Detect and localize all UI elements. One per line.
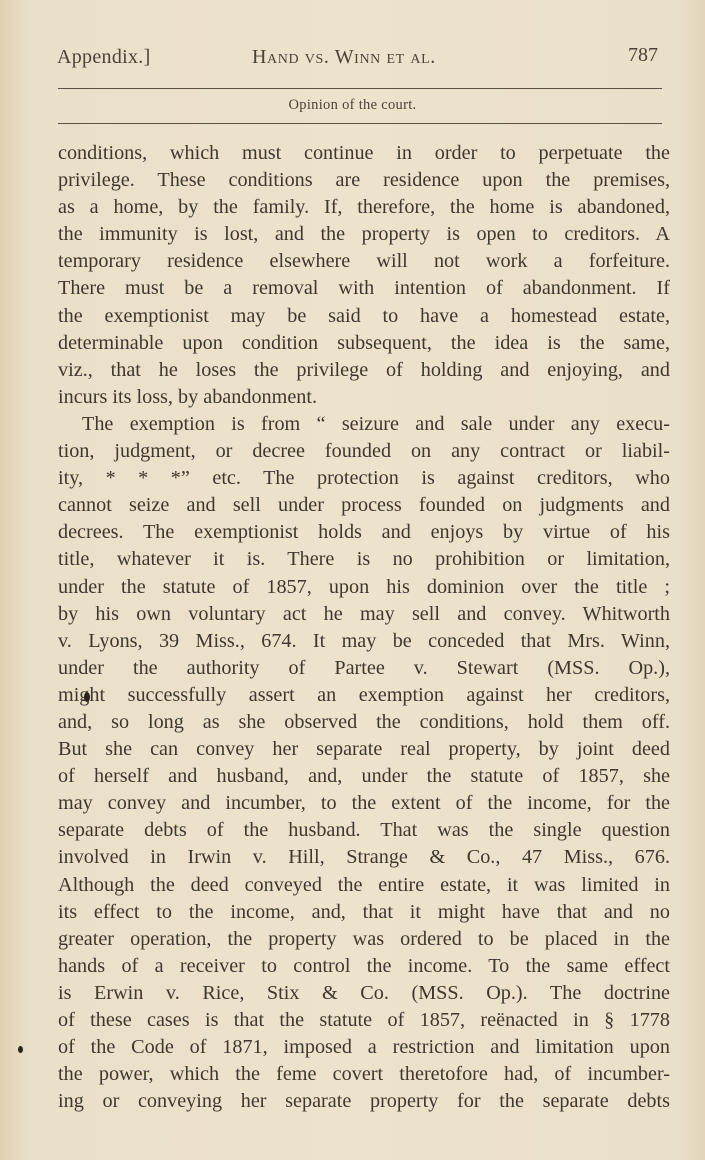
text-line: might successfully assert an exemption a…: [58, 682, 670, 709]
subhead: Opinion of the court.: [0, 97, 705, 114]
text-line: tion, judgment, or decree founded on any…: [58, 438, 670, 465]
header-rule-bottom: [58, 123, 662, 124]
case-title: Hand vs. Winn et al.: [252, 46, 436, 69]
text-line: the exemptionist may be said to have a h…: [58, 303, 670, 330]
text-line: cannot seize and sell under process foun…: [58, 492, 670, 519]
text-line: title, whatever it is. There is no prohi…: [58, 546, 670, 573]
text-line: is Erwin v. Rice, Stix & Co. (MSS. Op.).…: [58, 980, 670, 1007]
paragraph-2: The exemption is from “ seizure and sale…: [58, 411, 670, 1115]
text-line: ing or conveying her separate property f…: [58, 1088, 670, 1115]
header-rule-top: [58, 88, 662, 89]
ink-blot: [84, 692, 90, 702]
text-line: its effect to the income, and, that it m…: [58, 899, 670, 926]
running-head: Appendix.] Hand vs. Winn et al. 787: [57, 42, 658, 72]
text-line: of these cases is that the statute of 18…: [58, 1007, 670, 1034]
margin-mark: [18, 1046, 23, 1053]
text-line: by his own voluntary act he may sell and…: [58, 601, 670, 628]
text-line: decrees. The exemptionist holds and enjo…: [58, 519, 670, 546]
text-line: incurs its loss, by abandonment.: [58, 384, 670, 411]
text-line: involved in Irwin v. Hill, Strange & Co.…: [58, 844, 670, 871]
paragraph-1: conditions, which must continue in order…: [58, 140, 670, 411]
text-line: greater operation, the property was orde…: [58, 926, 670, 953]
text-line: the power, which the feme covert thereto…: [58, 1061, 670, 1088]
text-line: of herself and husband, and, under the s…: [58, 763, 670, 790]
section-label: Appendix.]: [57, 46, 151, 69]
text-line: The exemption is from “ seizure and sale…: [58, 411, 670, 438]
text-line: under the statute of 1857, upon his domi…: [58, 574, 670, 601]
text-line: conditions, which must continue in order…: [58, 140, 670, 167]
text-line: privilege. These conditions are residenc…: [58, 167, 670, 194]
text-line: There must be a removal with intention o…: [58, 275, 670, 302]
text-line: ity, * * *” etc. The protection is again…: [58, 465, 670, 492]
text-line: of the Code of 1871, imposed a restricti…: [58, 1034, 670, 1061]
text-line: hands of a receiver to control the incom…: [58, 953, 670, 980]
text-line: determinable upon condition subsequent, …: [58, 330, 670, 357]
text-line: v. Lyons, 39 Miss., 674. It may be conce…: [58, 628, 670, 655]
text-line: separate debts of the husband. That was …: [58, 817, 670, 844]
text-line: temporary residence elsewhere will not w…: [58, 248, 670, 275]
text-line: as a home, by the family. If, therefore,…: [58, 194, 670, 221]
text-line: may convey and incumber, to the extent o…: [58, 790, 670, 817]
text-line: and, so long as she observed the conditi…: [58, 709, 670, 736]
text-line: viz., that he loses the privilege of hol…: [58, 357, 670, 384]
text-line: But she can convey her separate real pro…: [58, 736, 670, 763]
page-body: conditions, which must continue in order…: [58, 140, 670, 1115]
text-line: Although the deed conveyed the entire es…: [58, 872, 670, 899]
text-line: under the authority of Partee v. Stewart…: [58, 655, 670, 682]
page-number: 787: [628, 44, 658, 67]
text-line: the immunity is lost, and the property i…: [58, 221, 670, 248]
